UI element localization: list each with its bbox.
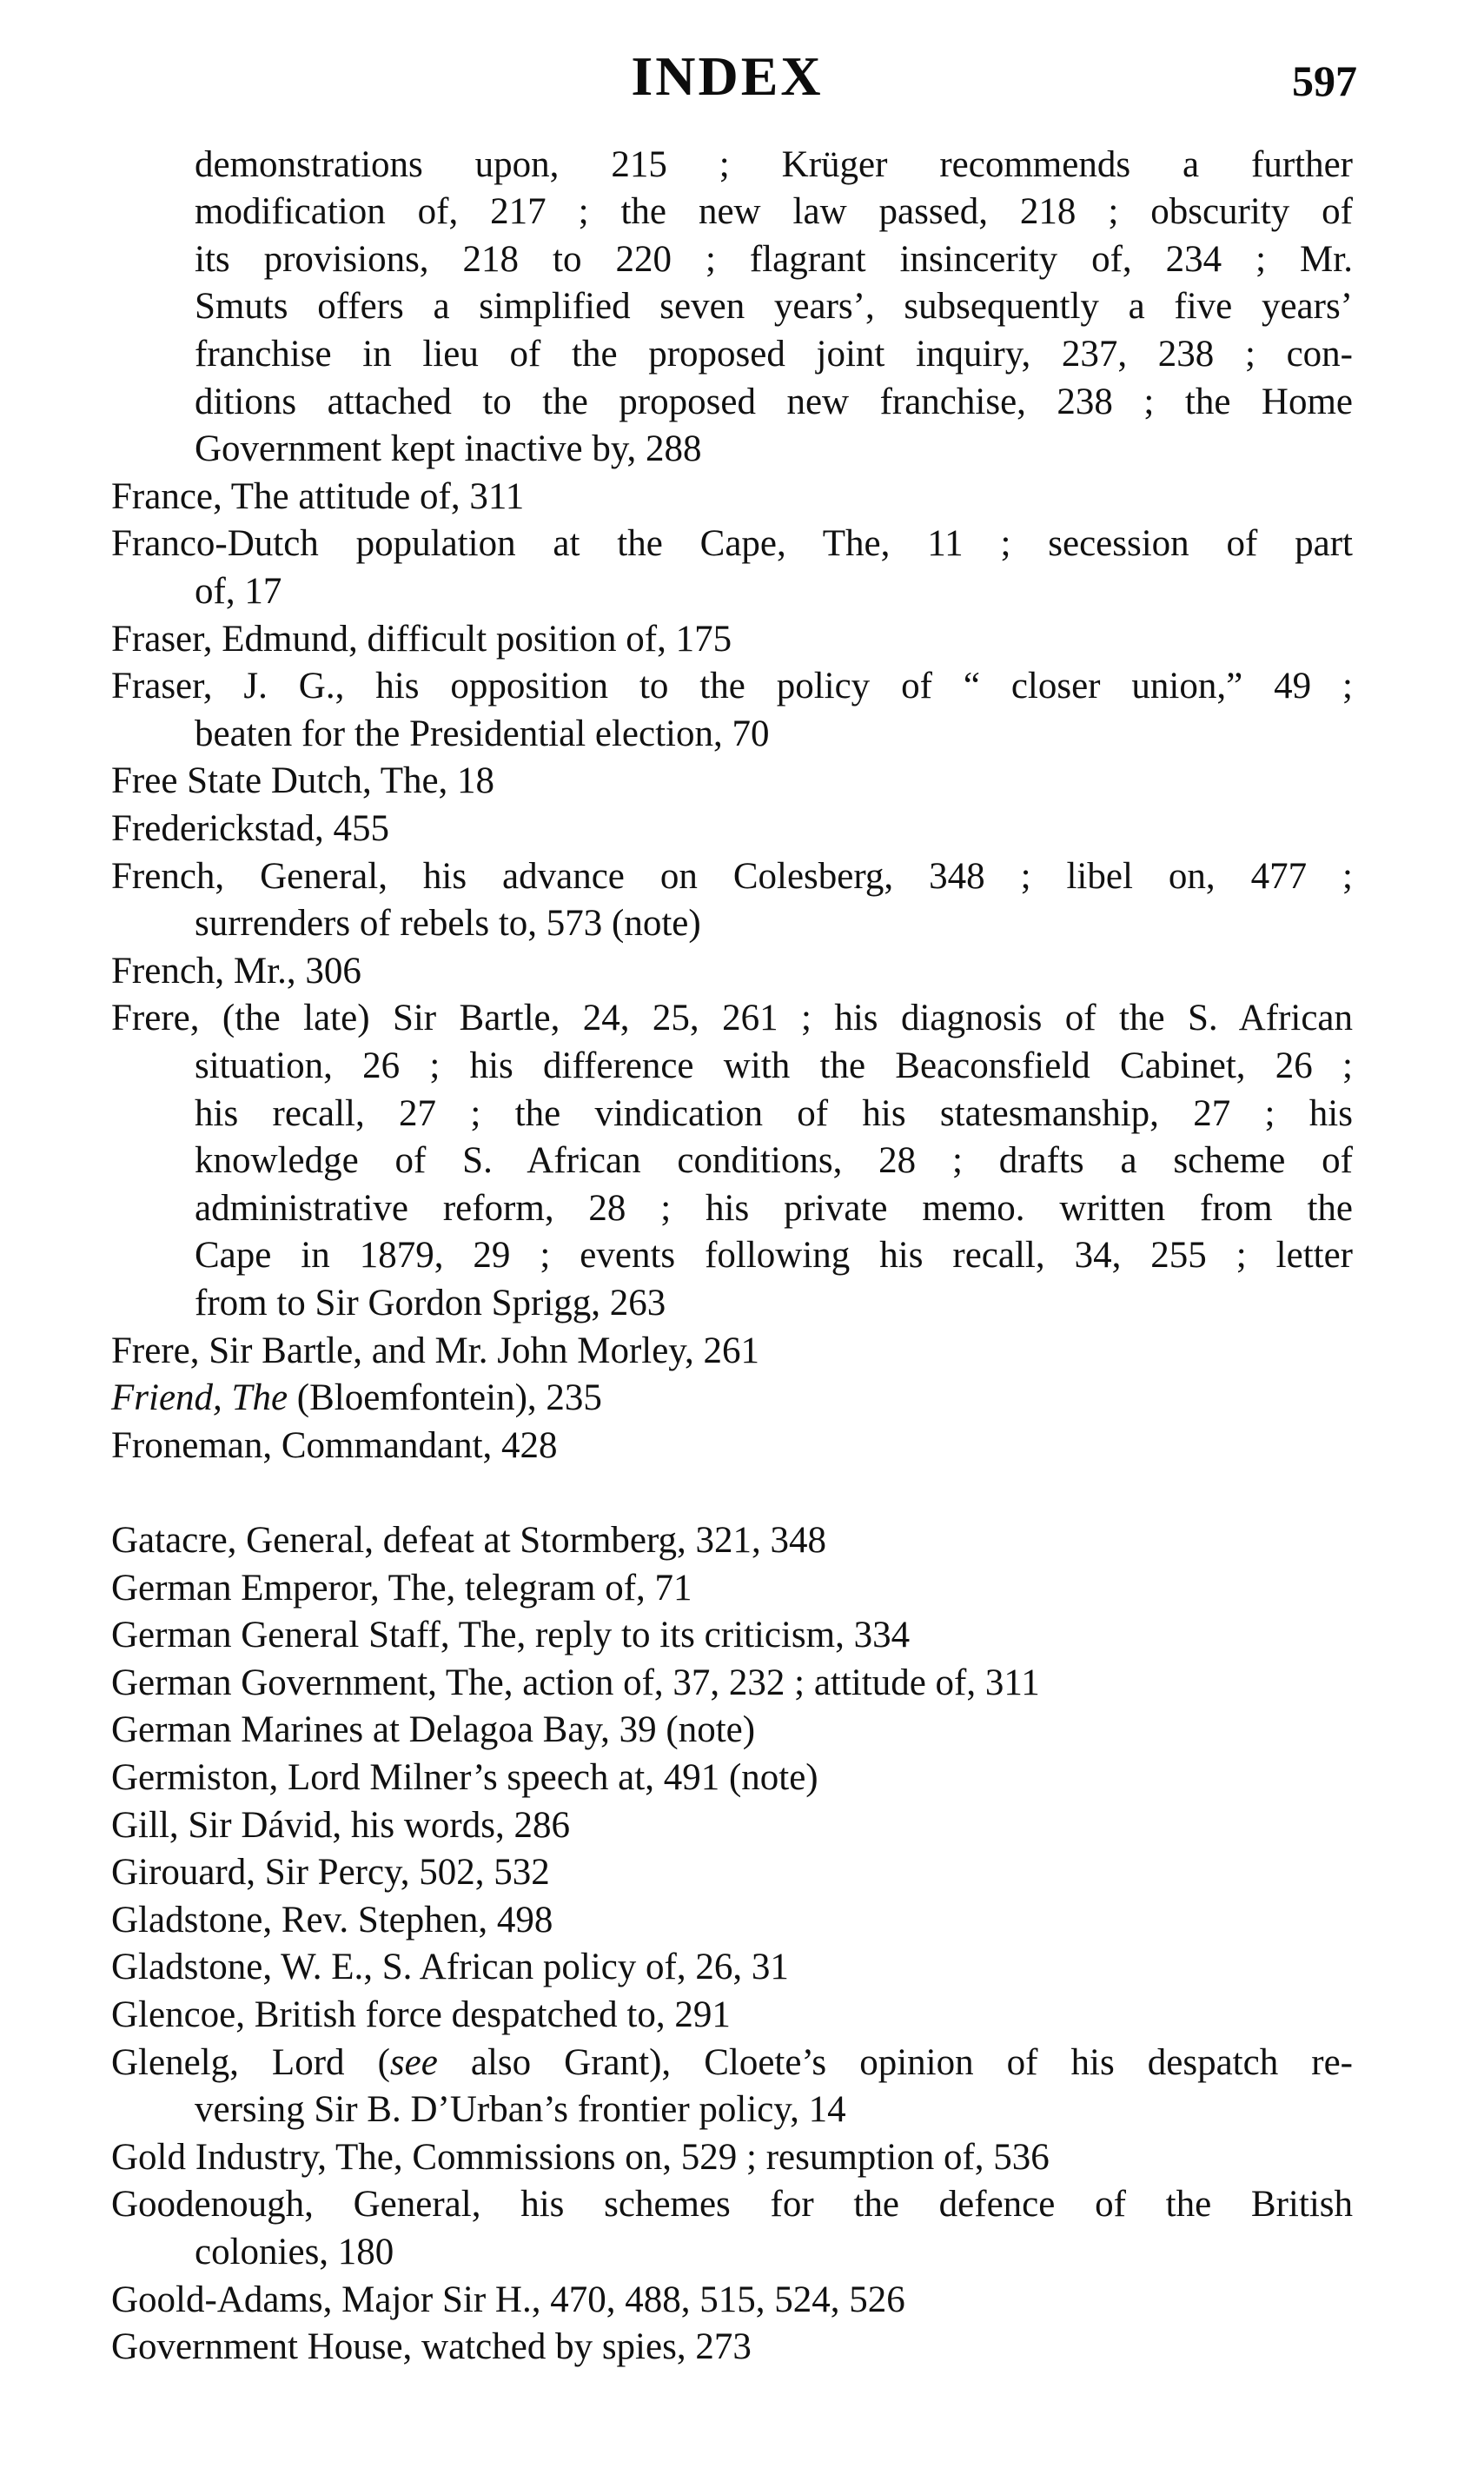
entry-text: ditions attached to the proposed new fra… xyxy=(195,381,1353,422)
entry-text: Germiston, Lord Milner’s speech at, 491 … xyxy=(111,1757,818,1798)
index-entry: Glenelg, Lord (see also Grant), Cloete’s… xyxy=(111,2040,1353,2087)
entry-text: Gold Industry, The, Commissions on, 529 … xyxy=(111,2137,1050,2178)
entry-text: German Government, The, action of, 37, 2… xyxy=(111,1662,1040,1703)
entry-text: Goold-Adams, Major Sir H., 470, 488, 515… xyxy=(111,2279,905,2320)
entry-text: Gladstone, Rev. Stephen, 498 xyxy=(111,1900,553,1941)
index-entry: Government House, watched by spies, 273 xyxy=(111,2324,1353,2372)
index-entry: Friend, The (Bloemfontein), 235 xyxy=(111,1375,1353,1423)
entry-text: Government House, watched by spies, 273 xyxy=(111,2326,752,2367)
index-entry: Gill, Sir Dávid, his words, 286 xyxy=(111,1802,1353,1850)
index-entry-continuation: his recall, 27 ; the vindication of his … xyxy=(195,1091,1353,1138)
index-entry: Gladstone, W. E., S. African policy of, … xyxy=(111,1944,1353,1992)
entry-text: Fraser, J. G., his opposition to the pol… xyxy=(111,666,1353,707)
entry-text: France, The attitude of, 311 xyxy=(111,476,524,517)
index-entry-continuation: colonies, 180 xyxy=(195,2229,1353,2277)
entry-text: Goodenough, General, his schemes for the… xyxy=(111,2184,1353,2225)
entry-text: beaten for the Presidential election, 70 xyxy=(195,713,769,754)
entry-text: surrenders of rebels to, 573 (note) xyxy=(195,903,701,944)
entry-text: of, 17 xyxy=(195,571,282,612)
index-entry: Free State Dutch, The, 18 xyxy=(111,758,1353,806)
entry-text: Frere, Sir Bartle, and Mr. John Morley, … xyxy=(111,1330,759,1371)
index-entry-continuation: versing Sir B. D’Urban’s frontier policy… xyxy=(195,2087,1353,2134)
index-entry: Goodenough, General, his schemes for the… xyxy=(111,2181,1353,2229)
entry-text: Cape in 1879, 29 ; events following his … xyxy=(195,1235,1353,1276)
entry-text: its provisions, 218 to 220 ; flagrant in… xyxy=(195,239,1353,280)
entry-text: German Emperor, The, telegram of, 71 xyxy=(111,1568,692,1609)
index-entry-continuation: ditions attached to the proposed new fra… xyxy=(195,379,1353,427)
entry-text: German General Staff, The, reply to its … xyxy=(111,1615,910,1655)
entry-text: Girouard, Sir Percy, 502, 532 xyxy=(111,1852,550,1893)
index-entry-continuation: from to Sir Gordon Sprigg, 263 xyxy=(195,1280,1353,1328)
index-entry: Frere, (the late) Sir Bartle, 24, 25, 26… xyxy=(111,995,1353,1043)
index-entry: Frederickstad, 455 xyxy=(111,806,1353,853)
index-entry: German Government, The, action of, 37, 2… xyxy=(111,1660,1353,1708)
entry-text: Fraser, Edmund, difficult position of, 1… xyxy=(111,619,732,660)
entry-text: colonies, 180 xyxy=(195,2232,394,2272)
italic-text: Friend, The xyxy=(111,1377,288,1418)
index-entry: Franco-Dutch population at the Cape, The… xyxy=(111,521,1353,568)
index-entry: Froneman, Commandant, 428 xyxy=(111,1423,1353,1470)
entry-text: Free State Dutch, The, 18 xyxy=(111,760,494,801)
index-entry-continuation: modification of, 217 ; the new law passe… xyxy=(195,189,1353,236)
entry-text: Frederickstad, 455 xyxy=(111,808,389,849)
entry-text: his recall, 27 ; the vindication of his … xyxy=(195,1093,1353,1134)
index-entry-continuation: surrenders of rebels to, 573 (note) xyxy=(195,900,1353,948)
index-entry-continuation: situation, 26 ; his difference with the … xyxy=(195,1043,1353,1091)
entry-text: (Bloemfontein), 235 xyxy=(288,1377,602,1418)
entry-text: also Grant), Cloete’s opinion of his des… xyxy=(438,2042,1353,2083)
italic-text: see xyxy=(390,2042,438,2083)
index-entry: Frere, Sir Bartle, and Mr. John Morley, … xyxy=(111,1328,1353,1376)
entry-text: Government kept inactive by, 288 xyxy=(195,428,702,469)
index-entry: Fraser, Edmund, difficult position of, 1… xyxy=(111,616,1353,664)
entry-text: French, Mr., 306 xyxy=(111,951,361,992)
index-entry: Girouard, Sir Percy, 502, 532 xyxy=(111,1849,1353,1897)
index-entry-continuation: knowledge of S. African conditions, 28 ;… xyxy=(195,1138,1353,1185)
index-entry-continuation: administrative reform, 28 ; his private … xyxy=(195,1185,1353,1233)
index-entry: Goold-Adams, Major Sir H., 470, 488, 515… xyxy=(111,2277,1353,2325)
index-entry-continuation: franchise in lieu of the proposed joint … xyxy=(195,331,1353,379)
entry-text: German Marines at Delagoa Bay, 39 (note) xyxy=(111,1709,755,1750)
index-entry: France, The attitude of, 311 xyxy=(111,474,1353,521)
index-entry: Germiston, Lord Milner’s speech at, 491 … xyxy=(111,1755,1353,1802)
index-entry-continuation: of, 17 xyxy=(195,568,1353,616)
entry-text: Glenelg, Lord ( xyxy=(111,2042,390,2083)
entry-text: demonstrations upon, 215 ; Krüger recomm… xyxy=(195,144,1353,185)
index-entry: French, Mr., 306 xyxy=(111,948,1353,996)
entry-text: Gladstone, W. E., S. African policy of, … xyxy=(111,1947,789,1987)
entry-text: modification of, 217 ; the new law passe… xyxy=(195,191,1353,232)
index-entry-continuation: Government kept inactive by, 288 xyxy=(195,426,1353,474)
entry-text: Gatacre, General, defeat at Stormberg, 3… xyxy=(111,1520,826,1561)
entry-text: French, General, his advance on Colesber… xyxy=(111,856,1353,897)
index-entry-continuation: Smuts offers a simplified seven years’, … xyxy=(195,283,1353,331)
index-entry: Gladstone, Rev. Stephen, 498 xyxy=(111,1897,1353,1945)
index-entry-continuation: beaten for the Presidential election, 70 xyxy=(195,711,1353,759)
entry-text: knowledge of S. African conditions, 28 ;… xyxy=(195,1140,1353,1181)
index-entry: Glencoe, British force despatched to, 29… xyxy=(111,1992,1353,2040)
entry-text: Franco-Dutch population at the Cape, The… xyxy=(111,523,1353,564)
index-entry: Gatacre, General, defeat at Stormberg, 3… xyxy=(111,1517,1353,1565)
entry-text: Froneman, Commandant, 428 xyxy=(111,1425,558,1466)
entry-text: from to Sir Gordon Sprigg, 263 xyxy=(195,1283,666,1324)
index-entry: Fraser, J. G., his opposition to the pol… xyxy=(111,663,1353,711)
entry-text: Glencoe, British force despatched to, 29… xyxy=(111,1994,731,2035)
entry-text: franchise in lieu of the proposed joint … xyxy=(195,334,1353,375)
entry-text: administrative reform, 28 ; his private … xyxy=(195,1188,1353,1229)
index-entry: Gold Industry, The, Commissions on, 529 … xyxy=(111,2134,1353,2182)
index-body: demonstrations upon, 215 ; Krüger recomm… xyxy=(0,0,1484,2468)
index-entry: German General Staff, The, reply to its … xyxy=(111,1612,1353,1660)
index-entry-continuation: Cape in 1879, 29 ; events following his … xyxy=(195,1232,1353,1280)
index-entry: German Emperor, The, telegram of, 71 xyxy=(111,1565,1353,1613)
entry-text: situation, 26 ; his difference with the … xyxy=(195,1045,1353,1086)
entry-text: Smuts offers a simplified seven years’, … xyxy=(195,286,1353,327)
index-entry: demonstrations upon, 215 ; Krüger recomm… xyxy=(195,142,1353,189)
index-entry: French, General, his advance on Colesber… xyxy=(111,853,1353,901)
entry-text: versing Sir B. D’Urban’s frontier policy… xyxy=(195,2089,846,2130)
index-entry-continuation: its provisions, 218 to 220 ; flagrant in… xyxy=(195,236,1353,284)
index-entry: German Marines at Delagoa Bay, 39 (note) xyxy=(111,1707,1353,1755)
entry-text: Gill, Sir Dávid, his words, 286 xyxy=(111,1805,570,1846)
entry-text: Frere, (the late) Sir Bartle, 24, 25, 26… xyxy=(111,998,1353,1038)
